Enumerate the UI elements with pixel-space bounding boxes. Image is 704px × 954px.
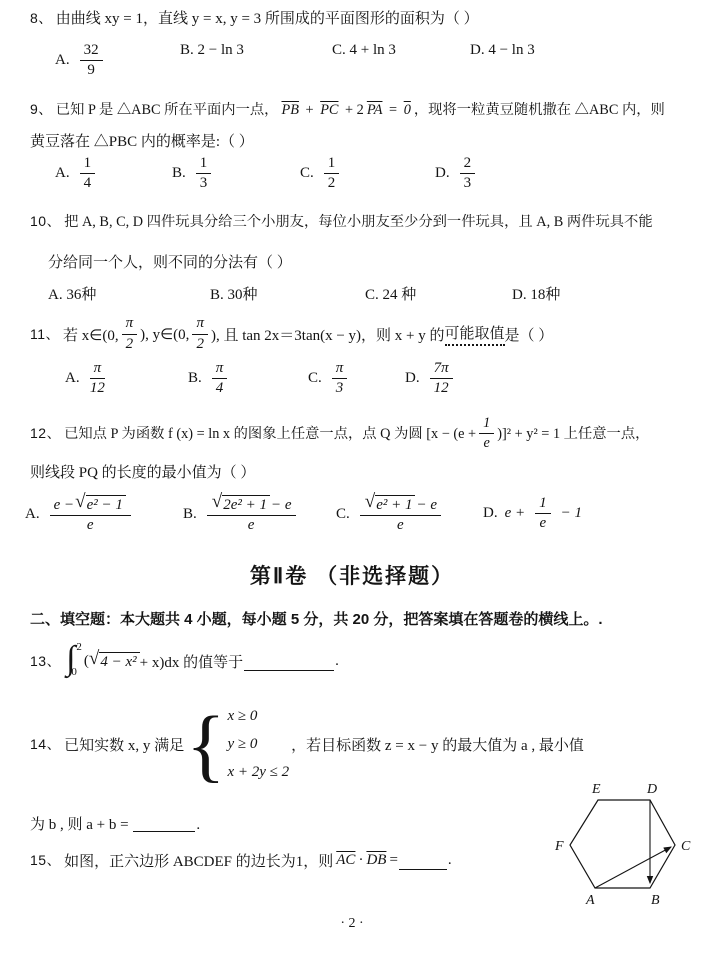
- question-11-stem: 11、 若 x∈(0, π2 ), y∈(0, π2 ), 且 tan 2x＝3…: [30, 312, 694, 356]
- fraction: π4: [212, 360, 228, 398]
- brace: {: [186, 708, 225, 782]
- integral-sign: ∫: [66, 642, 75, 676]
- q11-option-a: A. π12: [65, 360, 108, 398]
- q11-option-b: B. π4: [188, 360, 230, 398]
- vector-pb: PB: [280, 102, 299, 118]
- fraction: π3: [332, 360, 348, 398]
- question-9-stem: 9、已知 P 是 △ABC 所在平面内一点，PB + PC + 2PA = 0，…: [30, 99, 694, 119]
- q9-option-a: A. 14: [55, 155, 98, 193]
- q9-option-c: C. 12: [300, 155, 342, 193]
- fraction: 13: [196, 155, 212, 193]
- q9-text-pre: 已知 P 是 △ABC 所在平面内一点，: [56, 102, 279, 118]
- question-10-line2: 分给同一个人，则不同的分法有（ ）: [48, 251, 694, 272]
- q10-option-c: C. 24 种: [365, 283, 416, 304]
- constraint-3: x + 2y ≤ 2: [227, 760, 289, 784]
- answer-blank: [399, 856, 447, 870]
- fraction: π12: [90, 360, 106, 398]
- sqrt: √e² + 1: [365, 495, 416, 514]
- vector-ac-arrow: [595, 847, 671, 888]
- q8-option-c: C. 4 + ln 3: [332, 42, 396, 59]
- option-label: A.: [55, 52, 70, 69]
- question-13: 13、 ∫ 20 ( √4 − x² + x)dx 的值等于 .: [30, 638, 694, 684]
- q12-option-a: A. e −√e² − 1 e: [25, 495, 134, 535]
- question-9-options: A. 14 B. 13 C. 12 D. 23: [0, 155, 704, 201]
- question-12-line2: 则线段 PQ 的长度的最小值为（ ）: [30, 461, 694, 482]
- section-2-title: 第Ⅱ卷 （非选择题）: [0, 560, 704, 590]
- q11-option-c: C. π3: [308, 360, 350, 398]
- fraction: √2e² + 1− e e: [207, 495, 296, 535]
- q10-option-d: D. 18种: [512, 283, 560, 304]
- inequality-system: { x ≥ 0 y ≥ 0 x + 2y ≤ 2: [186, 704, 289, 784]
- q12-option-d: D. e + 1e − 1: [483, 495, 582, 533]
- q9-text-post: ，现将一粒黄豆随机撒在 △ABC 内，则: [414, 102, 665, 118]
- hexagon-outline: [570, 800, 675, 888]
- question-8-number: 8、: [30, 10, 53, 26]
- operator: =: [389, 102, 401, 118]
- question-8-stem: 8、由曲线 xy = 1，直线 y = x, y = 3 所围成的平面图形的面积…: [30, 7, 694, 28]
- question-13-number: 13、: [30, 651, 61, 671]
- question-8-text: 由曲线 xy = 1，直线 y = x, y = 3 所围成的平面图形的面积为（…: [56, 11, 479, 27]
- fraction-pi-2: π2: [122, 315, 138, 353]
- exam-page: 8、由曲线 xy = 1，直线 y = x, y = 3 所围成的平面图形的面积…: [0, 0, 704, 954]
- question-14-number: 14、: [30, 734, 61, 754]
- fraction: 23: [460, 155, 476, 193]
- q9-option-b: B. 13: [172, 155, 214, 193]
- fraction: e −√e² − 1 e: [50, 495, 131, 535]
- fraction: 14: [80, 155, 96, 193]
- question-9-number: 9、: [30, 101, 53, 117]
- question-10-options: A. 36种 B. 30种 C. 24 种 D. 18种: [0, 283, 704, 303]
- sqrt: √e² − 1: [75, 495, 126, 514]
- page-number: · 2 ·: [0, 916, 704, 932]
- sqrt: √2e² + 1: [212, 495, 270, 514]
- sqrt: √4 − x²: [89, 652, 140, 671]
- question-12-number: 12、: [30, 423, 61, 443]
- vertex-label-d: D: [646, 782, 657, 797]
- question-12-options: A. e −√e² − 1 e B. √2e² + 1− e e C. √e² …: [0, 495, 704, 553]
- question-11-options: A. π12 B. π4 C. π3 D. 7π12: [0, 360, 704, 404]
- vertex-label-b: B: [651, 893, 660, 908]
- question-8-options: A. 32 9 B. 2 − ln 3 C. 4 + ln 3 D. 4 − l…: [0, 42, 704, 90]
- operator: + 2: [345, 102, 364, 118]
- answer-blank: [244, 657, 334, 671]
- q12-option-c: C. √e² + 1− e e: [336, 495, 444, 535]
- vertex-label-a: A: [585, 893, 595, 908]
- q11-option-d: D. 7π12: [405, 360, 456, 398]
- fraction-1-e: 1e: [479, 415, 494, 451]
- fraction-pi-2: π2: [192, 315, 208, 353]
- fill-in-blank-instruction: 二、填空题：本大题共 4 小题，每小题 5 分，共 20 分，把答案填在答题卷的…: [30, 608, 603, 629]
- answer-blank: [133, 818, 195, 832]
- vertex-label-f: F: [554, 839, 564, 854]
- vector-pc: PC: [319, 102, 339, 118]
- q9-option-d: D. 23: [435, 155, 478, 193]
- question-12-stem: 12、 已知点 P 为函数 f (x) = ln x 的图象上任意一点，点 Q …: [30, 411, 694, 455]
- fraction: √e² + 1− e e: [360, 495, 441, 535]
- vector-db: DB: [365, 852, 387, 869]
- question-10-line1: 10、把 A, B, C, D 四件玩具分给三个小朋友，每位小朋友至少分到一件玩…: [30, 211, 694, 231]
- q8-option-a: A. 32 9: [55, 42, 106, 80]
- constraint-1: x ≥ 0: [227, 704, 289, 728]
- question-15-number: 15、: [30, 850, 61, 870]
- operator: +: [306, 102, 314, 118]
- fraction: 1e: [535, 495, 551, 533]
- fraction: 7π12: [430, 360, 453, 398]
- constraint-2: y ≥ 0: [227, 732, 289, 756]
- emphasized-text: 可能取值: [445, 322, 505, 346]
- q8-option-d: D. 4 − ln 3: [470, 42, 535, 59]
- vector-pa: PA: [366, 102, 384, 118]
- q8-option-b: B. 2 − ln 3: [180, 42, 244, 59]
- vertex-label-c: C: [681, 839, 691, 854]
- question-11-number: 11、: [30, 324, 60, 344]
- fraction: 32 9: [80, 42, 103, 80]
- integral: ∫ 20: [66, 642, 82, 680]
- vector-zero: 0: [403, 102, 412, 118]
- question-10-number: 10、: [30, 213, 61, 229]
- hexagon-figure: E D F C A B: [550, 760, 700, 915]
- q12-option-b: B. √2e² + 1− e e: [183, 495, 299, 535]
- vector-ac: AC: [335, 852, 356, 869]
- fraction: 12: [324, 155, 340, 193]
- q10-option-a: A. 36种: [48, 283, 96, 304]
- question-9-line2: 黄豆落在 △PBC 内的概率是:（ ）: [30, 130, 694, 151]
- q10-option-b: B. 30种: [210, 283, 258, 304]
- vertex-label-e: E: [591, 782, 601, 797]
